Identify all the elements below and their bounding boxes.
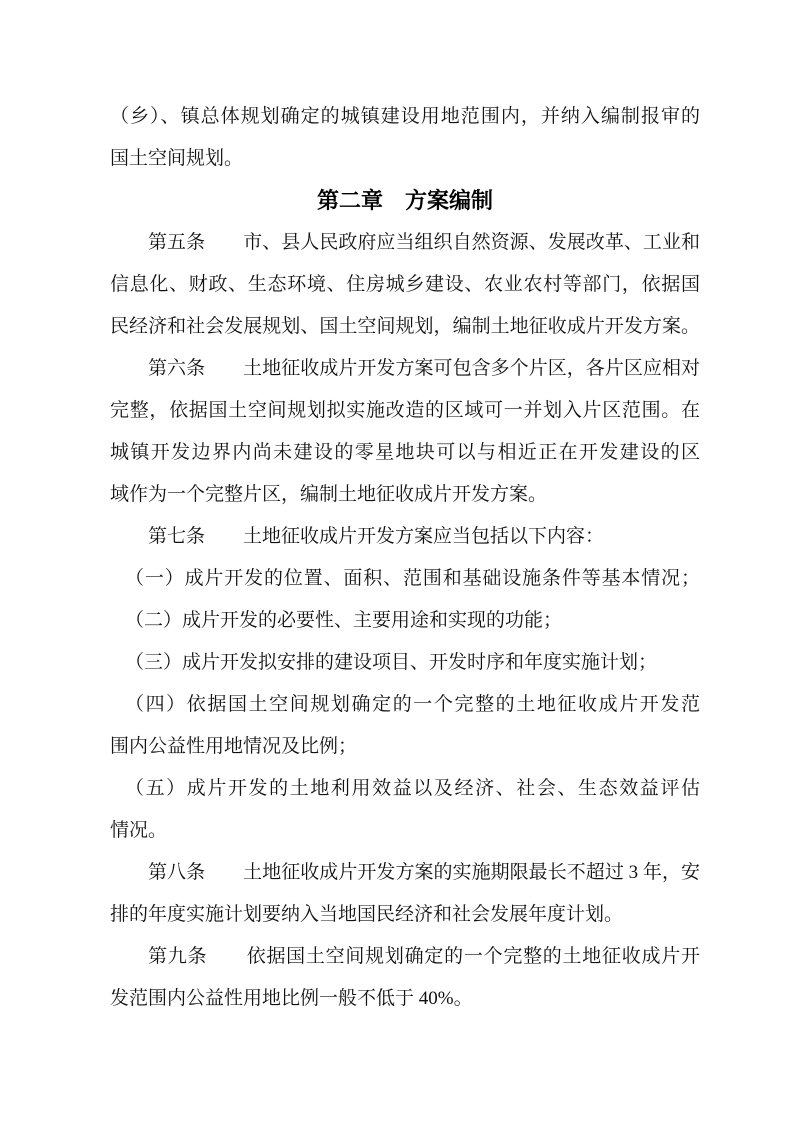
text-line: （五）成片开发的土地利用效益以及经济、社会、生态效益评估 [110, 768, 700, 810]
text-line: （二）成片开发的必要性、主要用途和实现的功能； [110, 600, 700, 642]
article-8: 第八条 土地征收成片开发方案的实施期限最长不超过 3 年，安排的年度实施计划要纳… [110, 852, 700, 936]
text-line: （一）成片开发的位置、面积、范围和基础设施条件等基本情况； [110, 558, 700, 600]
text-line: 信息化、财政、生态环境、住房城乡建设、农业农村等部门，依据国 [110, 264, 700, 306]
text-line: （三）成片开发拟安排的建设项目、开发时序和年度实施计划； [110, 642, 700, 684]
text-line: 情况。 [110, 810, 700, 852]
text-line: 第七条 土地征收成片开发方案应当包括以下内容： [110, 516, 700, 558]
text-line: 民经济和社会发展规划、国土空间规划，编制土地征收成片开发方案。 [110, 306, 700, 348]
article-7-item-3: （三）成片开发拟安排的建设项目、开发时序和年度实施计划； [110, 642, 700, 684]
text-line: （四）依据国土空间规划确定的一个完整的土地征收成片开发范 [110, 684, 700, 726]
text-line: 围内公益性用地情况及比例； [110, 726, 700, 768]
text-line: 域作为一个完整片区，编制土地征收成片开发方案。 [110, 474, 700, 516]
article-9: 第九条 依据国土空间规划确定的一个完整的土地征收成片开发范围内公益性用地比例一般… [110, 936, 700, 1020]
text-line: 第九条 依据国土空间规划确定的一个完整的土地征收成片开 [110, 936, 700, 978]
text-line: 排的年度实施计划要纳入当地国民经济和社会发展年度计划。 [110, 894, 700, 936]
text-line: （乡）、镇总体规划确定的城镇建设用地范围内，并纳入编制报审的 [110, 96, 700, 138]
text-line: 完整，依据国土空间规划拟实施改造的区域可一并划入片区范围。在 [110, 390, 700, 432]
text-line: 第五条 市、县人民政府应当组织自然资源、发展改革、工业和 [110, 222, 700, 264]
text-line: 城镇开发边界内尚未建设的零星地块可以与相近正在开发建设的区 [110, 432, 700, 474]
text-line: 第八条 土地征收成片开发方案的实施期限最长不超过 3 年，安 [110, 852, 700, 894]
text-line: 国土空间规划。 [110, 138, 700, 180]
continuation-paragraph: （乡）、镇总体规划确定的城镇建设用地范围内，并纳入编制报审的国土空间规划。 [110, 96, 700, 180]
chapter-heading: 第二章 方案编制 [110, 180, 700, 222]
text-line: 发范围内公益性用地比例一般不低于 40%。 [110, 978, 700, 1020]
text-line: 第六条 土地征收成片开发方案可包含多个片区，各片区应相对 [110, 348, 700, 390]
article-6: 第六条 土地征收成片开发方案可包含多个片区，各片区应相对完整，依据国土空间规划拟… [110, 348, 700, 516]
article-7-item-2: （二）成片开发的必要性、主要用途和实现的功能； [110, 600, 700, 642]
article-7-item-5: （五）成片开发的土地利用效益以及经济、社会、生态效益评估情况。 [110, 768, 700, 852]
article-7-item-4: （四）依据国土空间规划确定的一个完整的土地征收成片开发范围内公益性用地情况及比例… [110, 684, 700, 768]
article-5: 第五条 市、县人民政府应当组织自然资源、发展改革、工业和信息化、财政、生态环境、… [110, 222, 700, 348]
article-7-item-1: （一）成片开发的位置、面积、范围和基础设施条件等基本情况； [110, 558, 700, 600]
document-page: （乡）、镇总体规划确定的城镇建设用地范围内，并纳入编制报审的国土空间规划。第二章… [0, 0, 800, 1132]
text-block: （乡）、镇总体规划确定的城镇建设用地范围内，并纳入编制报审的国土空间规划。第二章… [110, 96, 700, 1020]
article-7: 第七条 土地征收成片开发方案应当包括以下内容： [110, 516, 700, 558]
